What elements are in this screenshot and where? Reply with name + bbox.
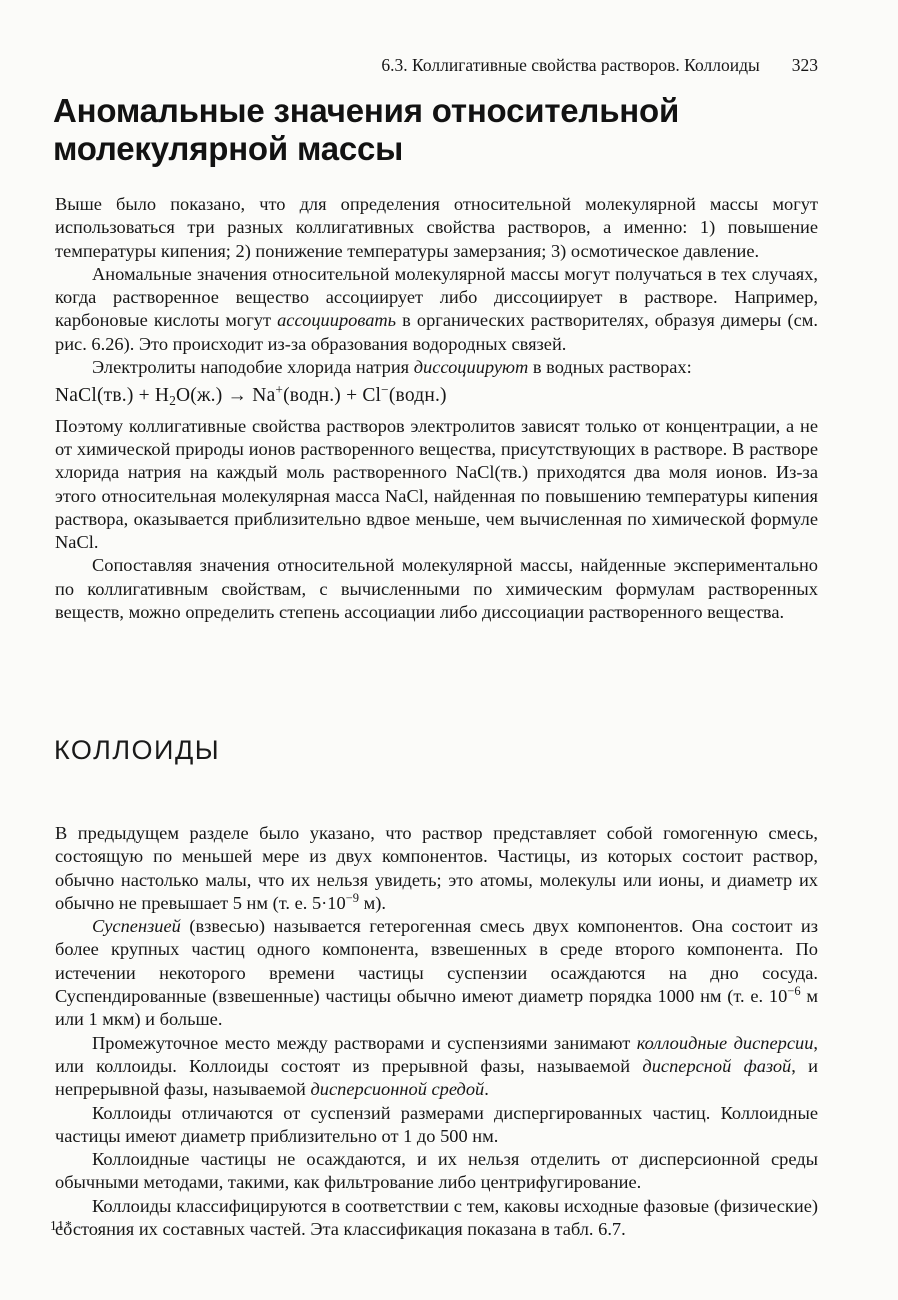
paragraph: Коллоиды классифицируются в соответствии… bbox=[55, 1195, 818, 1242]
text-run: Промежуточное место между растворами и с… bbox=[92, 1033, 637, 1053]
paragraph: Промежуточное место между растворами и с… bbox=[55, 1032, 818, 1102]
paragraph: Выше было показано, что для определения … bbox=[55, 193, 818, 263]
paragraph: Сопоставляя значения относительной молек… bbox=[55, 554, 818, 624]
paragraph: Коллоиды отличаются от суспензий размера… bbox=[55, 1102, 818, 1149]
text-run: Выше было показано, что для определения … bbox=[55, 194, 818, 261]
text-run: дисперсной фазой bbox=[642, 1056, 791, 1076]
text-run: в водных растворах: bbox=[528, 357, 691, 377]
section-heading-colloids: КОЛЛОИДЫ bbox=[54, 735, 220, 766]
running-header: 6.3. Коллигативные свойства растворов. К… bbox=[55, 54, 818, 76]
running-header-text: 6.3. Коллигативные свойства растворов. К… bbox=[381, 55, 759, 75]
text-run: диссоциируют bbox=[414, 357, 529, 377]
text-run: Коллоидные частицы не осаждаются, и их н… bbox=[55, 1149, 818, 1192]
paragraph: В предыдущем разделе было указано, что р… bbox=[55, 822, 818, 915]
printers-signature-mark: 11* bbox=[50, 1218, 73, 1234]
text-run: Электролиты наподобие хлорида натрия bbox=[92, 357, 414, 377]
text-run: 2 bbox=[169, 393, 176, 408]
paragraph: Суспензией (взвесью) называется гетероге… bbox=[55, 915, 818, 1031]
section1-body: Выше было показано, что для определения … bbox=[55, 193, 818, 624]
text-run: ассоциировать bbox=[277, 310, 396, 330]
text-run: . bbox=[484, 1079, 489, 1099]
section2-body: В предыдущем разделе было указано, что р… bbox=[55, 822, 818, 1241]
text-run: −9 bbox=[346, 891, 359, 905]
text-run: Коллоиды отличаются от суспензий размера… bbox=[55, 1103, 818, 1146]
text-run: дисперсионной средой bbox=[310, 1079, 484, 1099]
paragraph: Коллоидные частицы не осаждаются, и их н… bbox=[55, 1148, 818, 1195]
text-run: Суспензией bbox=[92, 916, 181, 936]
text-run: коллоидные дисперсии bbox=[637, 1033, 814, 1053]
text-run: − bbox=[381, 382, 389, 397]
text-run: В предыдущем разделе было указано, что р… bbox=[55, 823, 818, 913]
text-run: + bbox=[275, 382, 283, 397]
paragraph: Поэтому коллигативные свойства растворов… bbox=[55, 415, 818, 555]
text-run: O(ж.) → Na bbox=[176, 385, 275, 406]
book-page: 6.3. Коллигативные свойства растворов. К… bbox=[0, 0, 898, 1300]
chemical-equation: NaCl(тв.) + H2O(ж.) → Na+(водн.) + Cl−(в… bbox=[55, 384, 818, 407]
page-title: Аномальные значения относительной молеку… bbox=[53, 92, 725, 168]
text-run: −6 bbox=[787, 984, 800, 998]
text-run: Поэтому коллигативные свойства растворов… bbox=[55, 416, 818, 552]
text-run: Коллоиды классифицируются в соответствии… bbox=[55, 1196, 818, 1239]
text-run: м). bbox=[359, 893, 386, 913]
page-number: 323 bbox=[792, 54, 818, 76]
text-run: NaCl(тв.) + H bbox=[55, 385, 169, 406]
text-run: (водн.) + Cl bbox=[283, 385, 381, 406]
text-run: Сопоставляя значения относительной молек… bbox=[55, 555, 818, 622]
paragraph: Электролиты наподобие хлорида натрия дис… bbox=[55, 356, 818, 379]
paragraph: Аномальные значения относительной молеку… bbox=[55, 263, 818, 356]
text-run: (водн.) bbox=[389, 385, 447, 406]
